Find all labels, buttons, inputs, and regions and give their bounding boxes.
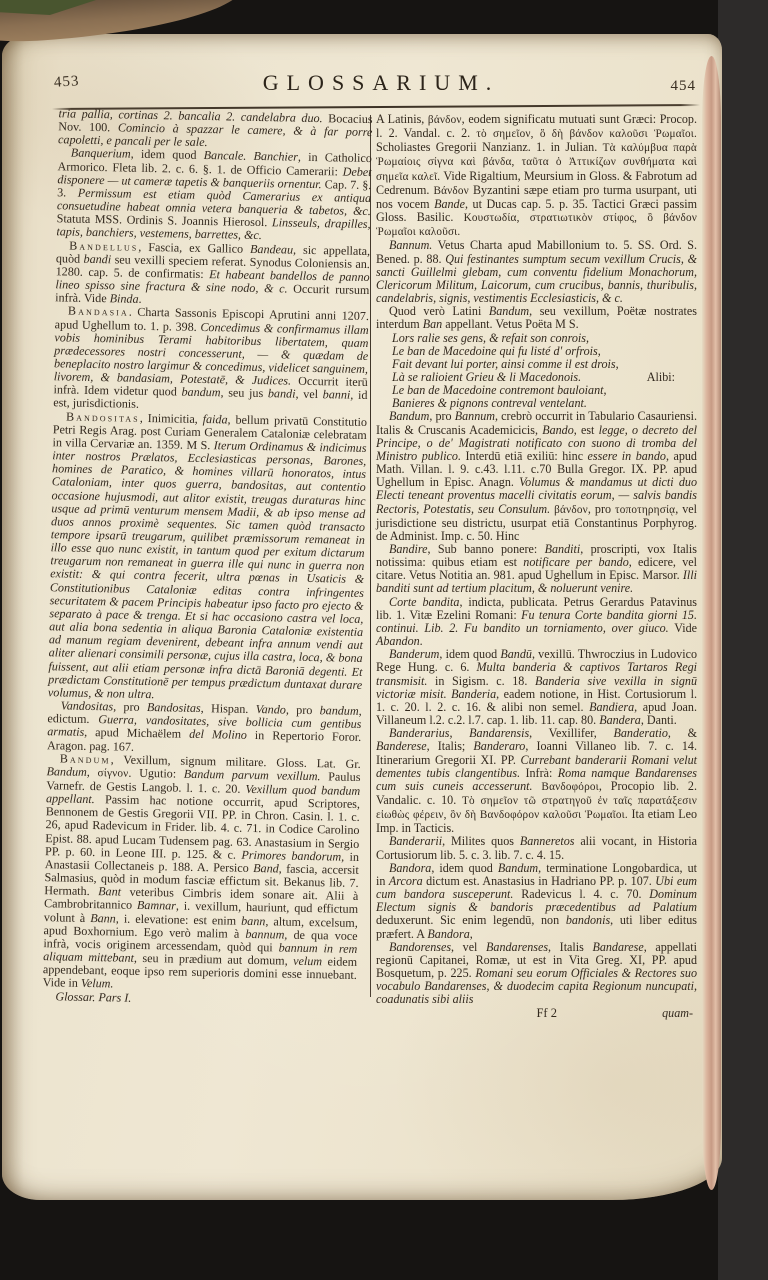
glossary-paragraph: A Latinis, βάνδον, eodem significatu mut… [376, 113, 697, 239]
roman-text: , Italis [548, 940, 592, 954]
roman-text: , est [574, 423, 599, 437]
folio-number-right: 454 [671, 78, 697, 95]
italic-text: Bannum [455, 409, 495, 423]
roman-text: , & [668, 726, 697, 740]
roman-text: Quod verò Latini [389, 304, 489, 318]
glossary-paragraph: Bandellus, Fascia, ex Gallico Bandeau, s… [55, 239, 370, 311]
roman-text: . [138, 292, 141, 306]
italic-text: Banderaro [473, 739, 525, 753]
signature-spacer [376, 1007, 498, 1020]
roman-text: , [470, 927, 473, 941]
italic-text: Fait devant lui porter, ainsi comme il e… [392, 358, 619, 371]
roman-text: , seu jus [220, 386, 268, 401]
greek-text: Βανδοφόροι [541, 781, 598, 793]
column-left: tria pallia, cortinas 2. bancalia 2. can… [42, 107, 373, 1020]
page-fore-edge [702, 56, 721, 1190]
italic-text: Abandon [376, 634, 420, 648]
book-scan: 453 GLOSSARIUM. 454 tria pallia, cortina… [0, 0, 768, 1280]
verse-line: Le ban de Macedoine qui fu listé d' orfr… [392, 345, 697, 358]
italic-text: Bandera [599, 713, 641, 727]
roman-text: Infrà: [520, 766, 558, 780]
italic-text: Ban [423, 317, 442, 331]
book-page: 453 GLOSSARIUM. 454 tria pallia, cortina… [2, 34, 722, 1200]
column-right: A Latinis, βάνδον, eodem significatu mut… [376, 113, 697, 1021]
italic-text: Bandorenses [389, 940, 451, 954]
italic-text: Banderese [376, 739, 427, 753]
roman-text: dictum est. Anastasius in Hadriano PP. p… [423, 874, 656, 888]
roman-text: , idem quod [431, 861, 498, 875]
roman-text: Interdū etiā exiliū: hinc [461, 449, 588, 463]
italic-text: essere in bando [588, 449, 666, 463]
glossary-paragraph: Banderum, idem quod Bandū, vexillū. Thwr… [376, 648, 697, 727]
italic-text: Banderarii [389, 834, 442, 848]
italic-text: Banditi [545, 542, 581, 556]
italic-text: Banderum [389, 647, 439, 661]
italic-text: Bandū [500, 647, 532, 661]
roman-text: A Latinis, [376, 112, 428, 126]
italic-text: Banneretos [520, 834, 575, 848]
italic-text: Bannum. [389, 238, 432, 252]
italic-text: Bande [434, 197, 465, 211]
roman-text: deduxerunt. Sic enim legendū, non [376, 913, 566, 927]
glossary-paragraph: Banderarius, Bandarensis, Vexillifer, Ba… [376, 727, 697, 835]
roman-text: Alibi: [647, 371, 675, 384]
italic-text: Bandire [389, 542, 428, 556]
greek-text: τὸ σημεῖον, ὃ δὴ βάνδον καλοῦσι Ῥωμαῖοι. [476, 128, 697, 140]
italic-text: bandonis [566, 913, 610, 927]
italic-text: Bandum [498, 861, 538, 875]
roman-text: , Danti. [641, 713, 677, 727]
roman-text: , pro [588, 502, 615, 516]
roman-text: , idem quod [439, 647, 500, 661]
italic-text: Le ban de Macedoine qui fu listé d' orfr… [392, 345, 601, 358]
verse-line: Lors ralie ses gens, & refait son conroi… [392, 332, 697, 345]
italic-text: Banderatio [613, 726, 667, 740]
roman-text: Scholiastes Gregorii Nanzianz. 1. in Jul… [376, 140, 603, 154]
signature-line: Ff 2 quam- [376, 1007, 697, 1020]
glossary-paragraph: Bannum. Vetus Charta apud Mabillonium to… [376, 239, 697, 305]
roman-text: , Sub banno ponere: [428, 542, 545, 556]
signature-mark: Ff 2 [498, 1007, 596, 1020]
italic-text: bandi [268, 386, 296, 401]
text-columns: tria pallia, cortinas 2. bancalia 2. can… [52, 113, 700, 1021]
running-title: GLOSSARIUM. [52, 70, 700, 96]
italic-text: Corte bandita [389, 595, 459, 609]
glossary-paragraph: Quod verò Latini Bandum, seu vexillum, P… [376, 305, 697, 331]
italic-text: Bandiera [589, 700, 634, 714]
glossary-paragraph: Bandum, Vexillum, signum militare. Gloss… [43, 752, 361, 996]
italic-text: Bandora [389, 861, 431, 875]
roman-text: , Vexillifer, [529, 726, 613, 740]
italic-text: Glossar. Pars I. [55, 990, 131, 1005]
italic-text: Velum. [81, 976, 114, 991]
italic-text: notificare per bando [523, 555, 628, 569]
scan-background-right [718, 0, 768, 1280]
glossary-paragraph: Banquerium, idem quod Bancale. Banchier,… [56, 147, 372, 245]
roman-text: , Milites quos [442, 834, 520, 848]
greek-text: βάνδον [554, 504, 588, 516]
roman-text: , [87, 765, 98, 779]
verse-block: Lors ralie ses gens, & refait son conroi… [392, 332, 697, 411]
glossary-paragraph: Bandora, idem quod Bandum, terminatione … [376, 862, 697, 941]
catchword: quam- [595, 1007, 697, 1020]
greek-text: Βάνδον [433, 185, 469, 197]
italic-text: Bandora [427, 927, 469, 941]
glossary-paragraph: Vandositas, pro Bandositas, Hispan. Vand… [47, 699, 362, 757]
italic-text: banni [323, 387, 351, 402]
italic-text: bandum [181, 385, 220, 400]
glossary-paragraph: Bandositas, Inimicitia, faida, bellum pr… [48, 410, 367, 705]
greek-text: βάνδον [428, 114, 462, 126]
roman-text: . [420, 634, 423, 648]
glossary-paragraph: Bandire, Sub banno ponere: Banditi, pros… [376, 543, 697, 596]
page-body: 453 GLOSSARIUM. 454 tria pallia, cortina… [2, 34, 722, 1021]
italic-text: Bandum [489, 304, 529, 318]
italic-text: Bandum [389, 409, 429, 423]
roman-text: , Italis; [427, 739, 474, 753]
roman-text: Vide [669, 621, 697, 635]
glossary-paragraph: Bandum, pro Bannum, crebrò occurrit in T… [376, 410, 697, 543]
italic-text: Banderarius, Bandarensis [389, 726, 529, 740]
italic-text: Bandarese [592, 940, 643, 954]
italic-text: Bandarenses [486, 940, 548, 954]
glossary-paragraph: Bandorenses, vel Bandarenses, Italis Ban… [376, 941, 697, 1007]
roman-text: Radevicus l. 4. c. 70. [513, 887, 649, 901]
italic-text: Lors ralie ses gens, & refait son conroi… [392, 332, 589, 345]
roman-text: . Ugutio: [128, 766, 184, 781]
italic-text: del Molino [189, 727, 247, 742]
roman-text: appellant. Vetus Poëta M S. [442, 317, 579, 331]
glossary-paragraph: Bandasia. Charta Sassonis Episcopi Aprut… [53, 305, 369, 416]
roman-text: , vel [451, 940, 486, 954]
folio-number-left: 453 [53, 73, 80, 92]
italic-text: Iterum Ordinamus & indicimus inter nostr… [48, 438, 367, 701]
roman-text: , vel [295, 387, 323, 401]
roman-text: in Sigism. c. 18. [427, 674, 535, 688]
greek-text: τοποτηρησίᾳ [615, 504, 675, 516]
roman-text: , pro [429, 409, 454, 423]
glossary-paragraph: Banderarii, Milites quos Banneretos alii… [376, 835, 697, 861]
italic-text: Bandum [46, 764, 87, 779]
glossary-paragraph: Corte bandita, indicta, publicata. Petru… [376, 596, 697, 649]
verse-line: Fait devant lui porter, ainsi comme il e… [392, 358, 697, 371]
italic-text: Bando [542, 423, 574, 437]
italic-text: Arcora [389, 874, 423, 888]
greek-text: σίγνον [97, 767, 128, 780]
page-header: 453 GLOSSARIUM. 454 [52, 70, 700, 104]
